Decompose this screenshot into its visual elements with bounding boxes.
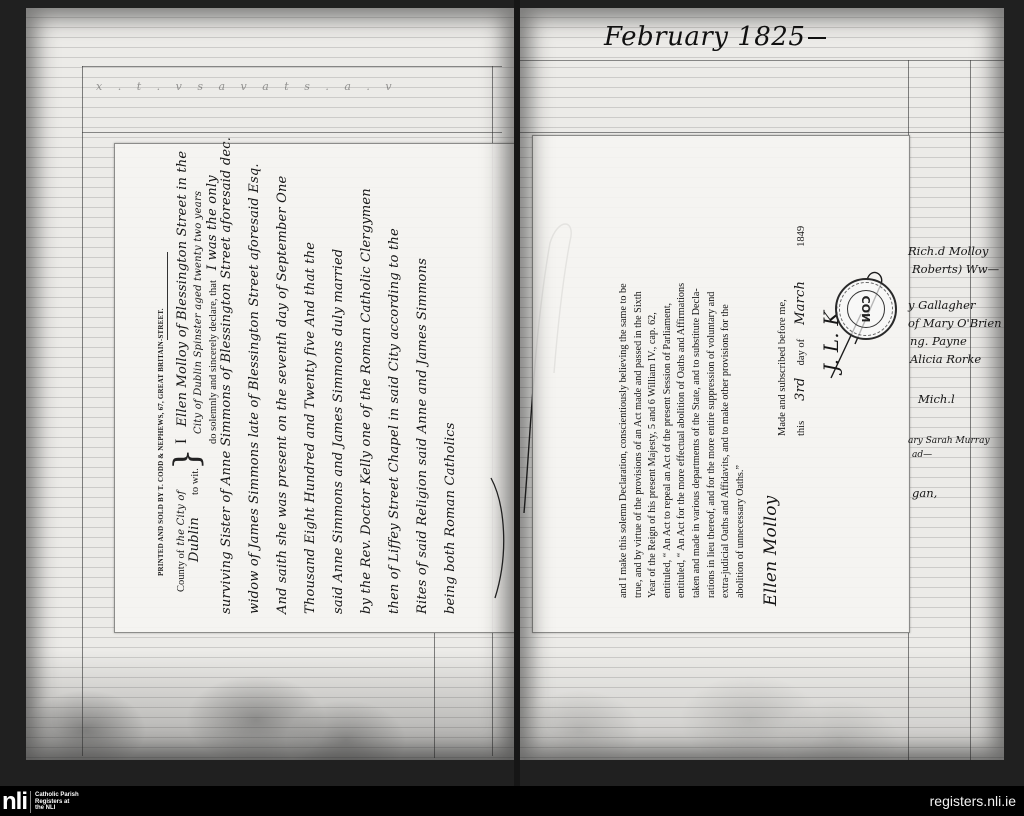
nli-logo-text: Catholic Parish Registers at the NLI bbox=[35, 792, 79, 812]
solemn-declare-handwritten: I was the only bbox=[205, 175, 220, 270]
nli-logo[interactable]: nli Catholic Parish Registers at the NLI bbox=[2, 790, 79, 814]
page-column-rule bbox=[434, 633, 435, 758]
declarant-signature: Ellen Molloy bbox=[761, 496, 781, 606]
logo-text-line: the NLI bbox=[35, 805, 79, 812]
register-entry: ng. Payne bbox=[910, 334, 967, 348]
stamp-center-text: CON bbox=[847, 290, 885, 328]
declaration-body-line: Thousand Eight Hundred and Twenty five A… bbox=[303, 242, 318, 614]
county-city-value: Dublin bbox=[187, 517, 202, 562]
register-entry: Rich.d Molloy bbox=[908, 244, 988, 258]
closing-flourish-icon bbox=[485, 474, 514, 604]
logo-text-line: Registers at bbox=[35, 799, 79, 806]
right-register-page: February 1825 and I make this solemn Dec… bbox=[520, 8, 1004, 760]
declaration-body-line: said Anne Simmons and James Simmons duly… bbox=[331, 249, 346, 614]
this-label: this bbox=[796, 421, 807, 436]
register-entry: ary Sarah Murray bbox=[908, 436, 990, 446]
attestation-date-line: this 3rd day of March 1849 bbox=[791, 226, 809, 436]
logo-text-line: Catholic Parish bbox=[35, 792, 79, 799]
statutory-line: extra-judicial Oaths and Affidavits, and… bbox=[719, 170, 734, 598]
year-value: 1849 bbox=[796, 226, 807, 247]
register-entry: ad— bbox=[912, 450, 932, 460]
statutory-line: true, and by virtue of the provisions of… bbox=[632, 170, 647, 598]
water-stain bbox=[26, 650, 514, 760]
declaration-body-line: And saith she was present on the seventh… bbox=[275, 176, 290, 614]
page-column-rule bbox=[82, 66, 83, 756]
register-image-viewer[interactable]: x . t . v s a v a t s . a . v PRINTED AN… bbox=[0, 0, 1024, 786]
month-heading: February 1825 bbox=[604, 22, 826, 52]
nli-logo-mark: nli bbox=[2, 791, 27, 813]
solemn-declare-text: do solemnly and sincerely declare, that bbox=[208, 280, 219, 444]
official-stamp: CON bbox=[835, 278, 897, 340]
footer-bar: nli Catholic Parish Registers at the NLI… bbox=[0, 786, 1024, 816]
statutory-line: abolition of unnecessary Oaths.” bbox=[734, 170, 749, 598]
page-rule bbox=[520, 132, 1004, 133]
registers-site-link[interactable]: registers.nli.ie bbox=[930, 793, 1016, 809]
statutory-line: and I make this solemn Declaration, cons… bbox=[617, 170, 632, 598]
statutory-line: taken and made in various departments of… bbox=[690, 170, 705, 598]
day-value: 3rd bbox=[793, 377, 808, 400]
register-entry: Mich.l bbox=[918, 392, 955, 406]
month-value: March bbox=[793, 281, 808, 325]
water-stain bbox=[520, 650, 1004, 760]
declaration-body-line: then of Liffey Street Chapel in said Cit… bbox=[387, 228, 402, 614]
day-of-label: day of bbox=[796, 339, 807, 366]
declaration-form-left-half: PRINTED AND SOLD BY T. CODD & NEPHEWS, 6… bbox=[114, 143, 514, 633]
declarant-prefix: I bbox=[173, 439, 190, 444]
to-wit-label: to wit. bbox=[190, 468, 201, 495]
page-rule bbox=[520, 60, 1004, 61]
declaration-body-line: being both Roman Catholics bbox=[443, 422, 458, 614]
made-subscribed-label: Made and subscribed before me, bbox=[777, 299, 788, 436]
statutory-line: Year of the Reign of his present Majesty… bbox=[646, 170, 661, 598]
page-rule bbox=[82, 66, 502, 67]
statutory-line: entituled, “ An Act for the more effectu… bbox=[675, 170, 690, 598]
statutory-line: rations in lieu thereof, and for the mor… bbox=[705, 170, 720, 598]
register-entry: gan, bbox=[912, 486, 937, 500]
declaration-body-line: surviving Sister of Anne Simmons of Bles… bbox=[219, 137, 234, 614]
imprint-rule bbox=[167, 252, 168, 340]
page-column-rule bbox=[970, 60, 971, 760]
register-entry: Alicia Rorke bbox=[910, 352, 981, 366]
declaration-body-line: widow of James Simmons late of Blessingt… bbox=[247, 163, 262, 614]
county-city-field: Dublin to wit. bbox=[185, 468, 203, 562]
faint-column-heading: x . t . v s a v a t s . a . v bbox=[96, 80, 398, 93]
declarant-line-1: I Ellen Molloy of Blessington Street in … bbox=[173, 151, 191, 444]
declaration-body-line: Rites of said Religion said Anne and Jam… bbox=[415, 258, 430, 614]
page-rule bbox=[82, 132, 502, 133]
left-register-page: x . t . v s a v a t s . a . v PRINTED AN… bbox=[26, 8, 514, 760]
declaration-body-line: by the Rev. Doctor Kelly one of the Roma… bbox=[359, 188, 374, 614]
declaration-form-right-half: and I make this solemn Declaration, cons… bbox=[532, 135, 910, 633]
declarant-name-address: Ellen Molloy of Blessington Street in th… bbox=[175, 151, 190, 427]
register-entry: Roberts) Ww— bbox=[912, 262, 999, 276]
register-entry: y Gallagher bbox=[908, 298, 975, 312]
printer-imprint: PRINTED AND SOLD BY T. CODD & NEPHEWS, 6… bbox=[157, 308, 165, 576]
register-entry: of Mary O'Brien bbox=[908, 316, 1002, 330]
statutory-declaration-text: and I make this solemn Declaration, cons… bbox=[617, 170, 748, 598]
logo-divider bbox=[30, 791, 31, 813]
statutory-line: entituled, “ An Act to repeal an Act of … bbox=[661, 170, 676, 598]
brace-symbol: } bbox=[167, 448, 207, 470]
